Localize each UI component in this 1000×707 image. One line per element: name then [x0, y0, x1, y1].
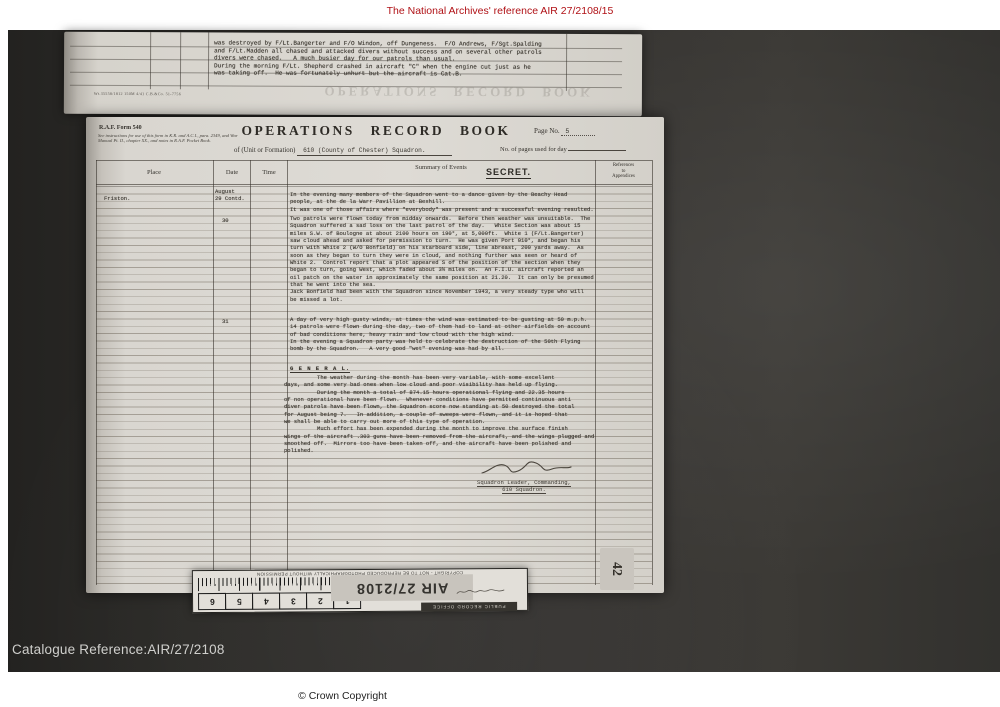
top-page-typed-text: was destroyed by F/Lt.Bangerter and F/O …	[214, 39, 614, 78]
tna-reference-header: The National Archives' reference AIR 27/…	[0, 5, 1000, 17]
unit-label: of (Unit or Formation)	[234, 147, 295, 154]
page-number-value: 5	[561, 128, 595, 136]
ruler-number: 2	[306, 592, 334, 609]
bleed-through-title: OPERATIONS RECORD BOOK	[294, 83, 624, 100]
table-left-border	[96, 160, 97, 585]
signatory-unit: 610 Squadron.	[502, 486, 546, 494]
unit-row: of (Unit or Formation) 610 (County of Ch…	[234, 147, 452, 154]
summary-entry: A day of very high gusty winds, at times…	[290, 316, 630, 353]
form-number: R.A.F. Form 540	[99, 125, 142, 131]
column-divider	[208, 32, 209, 89]
top-partial-page: was destroyed by F/Lt.Bangerter and F/O …	[64, 32, 642, 117]
summary-entry: In the evening many members of the Squad…	[290, 191, 620, 213]
operations-record-book-page: R.A.F. Form 540 See instructions for use…	[86, 117, 664, 593]
ruler-number: 3	[279, 592, 307, 609]
air-reference-stamp: AIR 27/2108	[331, 574, 473, 601]
archive-ruler-strip: COPYRIGHT - NOT TO BE REPRODUCED PHOTOGR…	[192, 568, 528, 613]
summary-entry: Two patrols were flown today from midday…	[290, 215, 630, 303]
place-value: Friston.	[104, 195, 130, 202]
date-value: 31	[222, 318, 229, 325]
secret-stamp: SECRET.	[486, 167, 531, 179]
column-divider	[150, 32, 151, 89]
scan-background: was destroyed by F/Lt.Bangerter and F/O …	[8, 30, 1000, 672]
page-number-row: Page No. 5	[534, 127, 595, 136]
form-instructions: See instructions for use of this form in…	[98, 133, 238, 143]
public-record-office-stamp: PUBLIC RECORD OFFICE	[421, 602, 517, 611]
ruler-number: 4	[252, 593, 280, 610]
column-header-references: References to Appendices	[597, 163, 650, 180]
table-header-border	[96, 184, 652, 185]
page-title: OPERATIONS RECORD BOOK	[226, 123, 526, 139]
date-value: 30	[222, 217, 229, 224]
column-divider-time-summary	[287, 160, 288, 585]
pages-used-blank	[568, 150, 626, 151]
page-number-label: Page No.	[534, 127, 560, 135]
table-right-border	[652, 160, 653, 585]
signature-block: Squadron Leader, Commanding, 610 Squadro…	[436, 479, 612, 494]
catalogue-reference: Catalogue Reference:AIR/27/2108	[12, 642, 225, 657]
general-heading: G E N E R A L.	[290, 365, 350, 373]
unit-name: 610 (County of Chester) Squadron.	[297, 147, 452, 156]
general-text: The weather during the month has been ve…	[284, 374, 636, 455]
column-header-time: Time	[251, 169, 287, 176]
ruler-number: 5	[225, 593, 253, 610]
folio-number: 42	[608, 562, 624, 576]
table-top-border	[96, 160, 652, 161]
column-divider	[180, 32, 181, 89]
signature	[478, 457, 574, 479]
pages-used-label: No. of pages used for day	[500, 146, 567, 153]
column-header-date: Date	[214, 169, 250, 176]
ruler-number: 6	[198, 593, 226, 610]
date-value: August 29 Contd.	[215, 188, 251, 203]
crown-copyright: © Crown Copyright	[250, 690, 435, 702]
column-divider-date-time	[250, 160, 251, 585]
form-print-note: Wt.35558/1812 150M 4/41 C.B.&Co. 51-7756	[94, 91, 181, 96]
column-header-place: Place	[116, 169, 192, 176]
pages-used-row: No. of pages used for day	[500, 146, 626, 153]
handwritten-note	[455, 585, 507, 597]
folio-tab: 42	[600, 548, 634, 590]
column-divider-place-date	[213, 160, 214, 585]
